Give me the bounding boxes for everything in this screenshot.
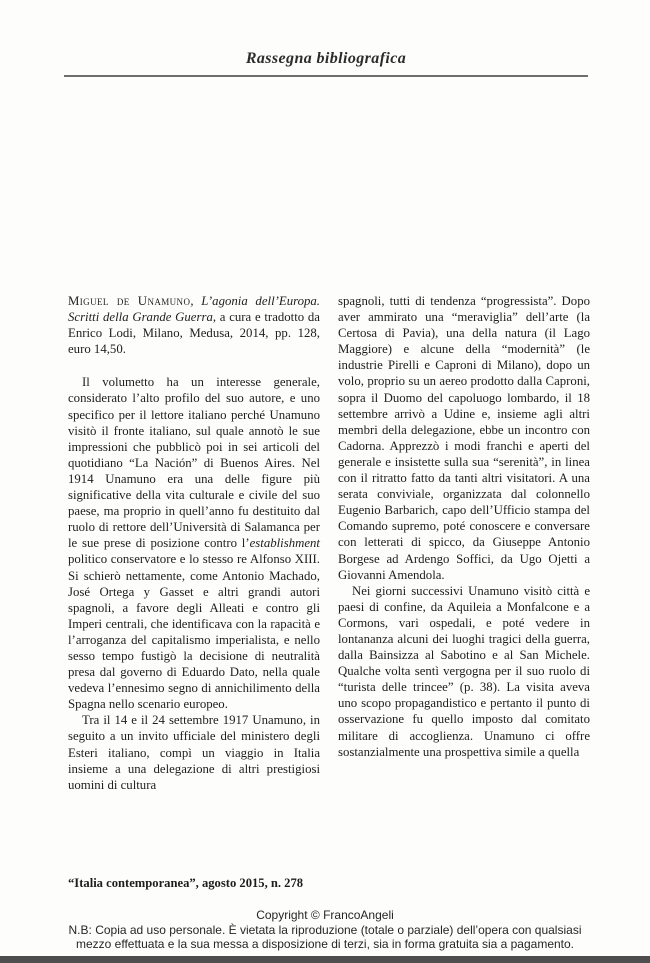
column-right: spagnoli, tutti di tendenza “progressist… [338, 293, 590, 793]
copyright-block: Copyright © FrancoAngeli N.B: Copia ad u… [20, 908, 630, 952]
copyright-notice-line-2: mezzo effettuata e la sua messa a dispos… [20, 937, 630, 952]
paragraph: Nei giorni successivi Unamuno visitò cit… [338, 583, 590, 760]
paragraph: Il volumetto ha un interesse generale, c… [68, 374, 320, 712]
paragraph: Tra il 14 e il 24 settembre 1917 Unamuno… [68, 712, 320, 792]
bottom-scan-bar [0, 956, 650, 963]
journal-footer-line: “Italia contemporanea”, agosto 2015, n. … [68, 876, 303, 891]
article-body: Miguel de Unamuno, L’agonia dell’Europa.… [68, 293, 590, 793]
page-header: Rassegna bibliografica [64, 50, 588, 77]
copyright-line: Copyright © FrancoAngeli [20, 908, 630, 923]
page-container: Rassegna bibliografica Miguel de Unamuno… [0, 0, 650, 963]
header-divider [64, 75, 588, 77]
copyright-notice-line-1: N.B: Copia ad uso personale. È vietata l… [20, 923, 630, 938]
column-left: Miguel de Unamuno, L’agonia dell’Europa.… [68, 293, 320, 793]
paragraph: spagnoli, tutti di tendenza “progressist… [338, 293, 590, 583]
page-title: Rassegna bibliografica [64, 50, 588, 68]
paragraph: Miguel de Unamuno, L’agonia dell’Europa.… [68, 293, 320, 357]
